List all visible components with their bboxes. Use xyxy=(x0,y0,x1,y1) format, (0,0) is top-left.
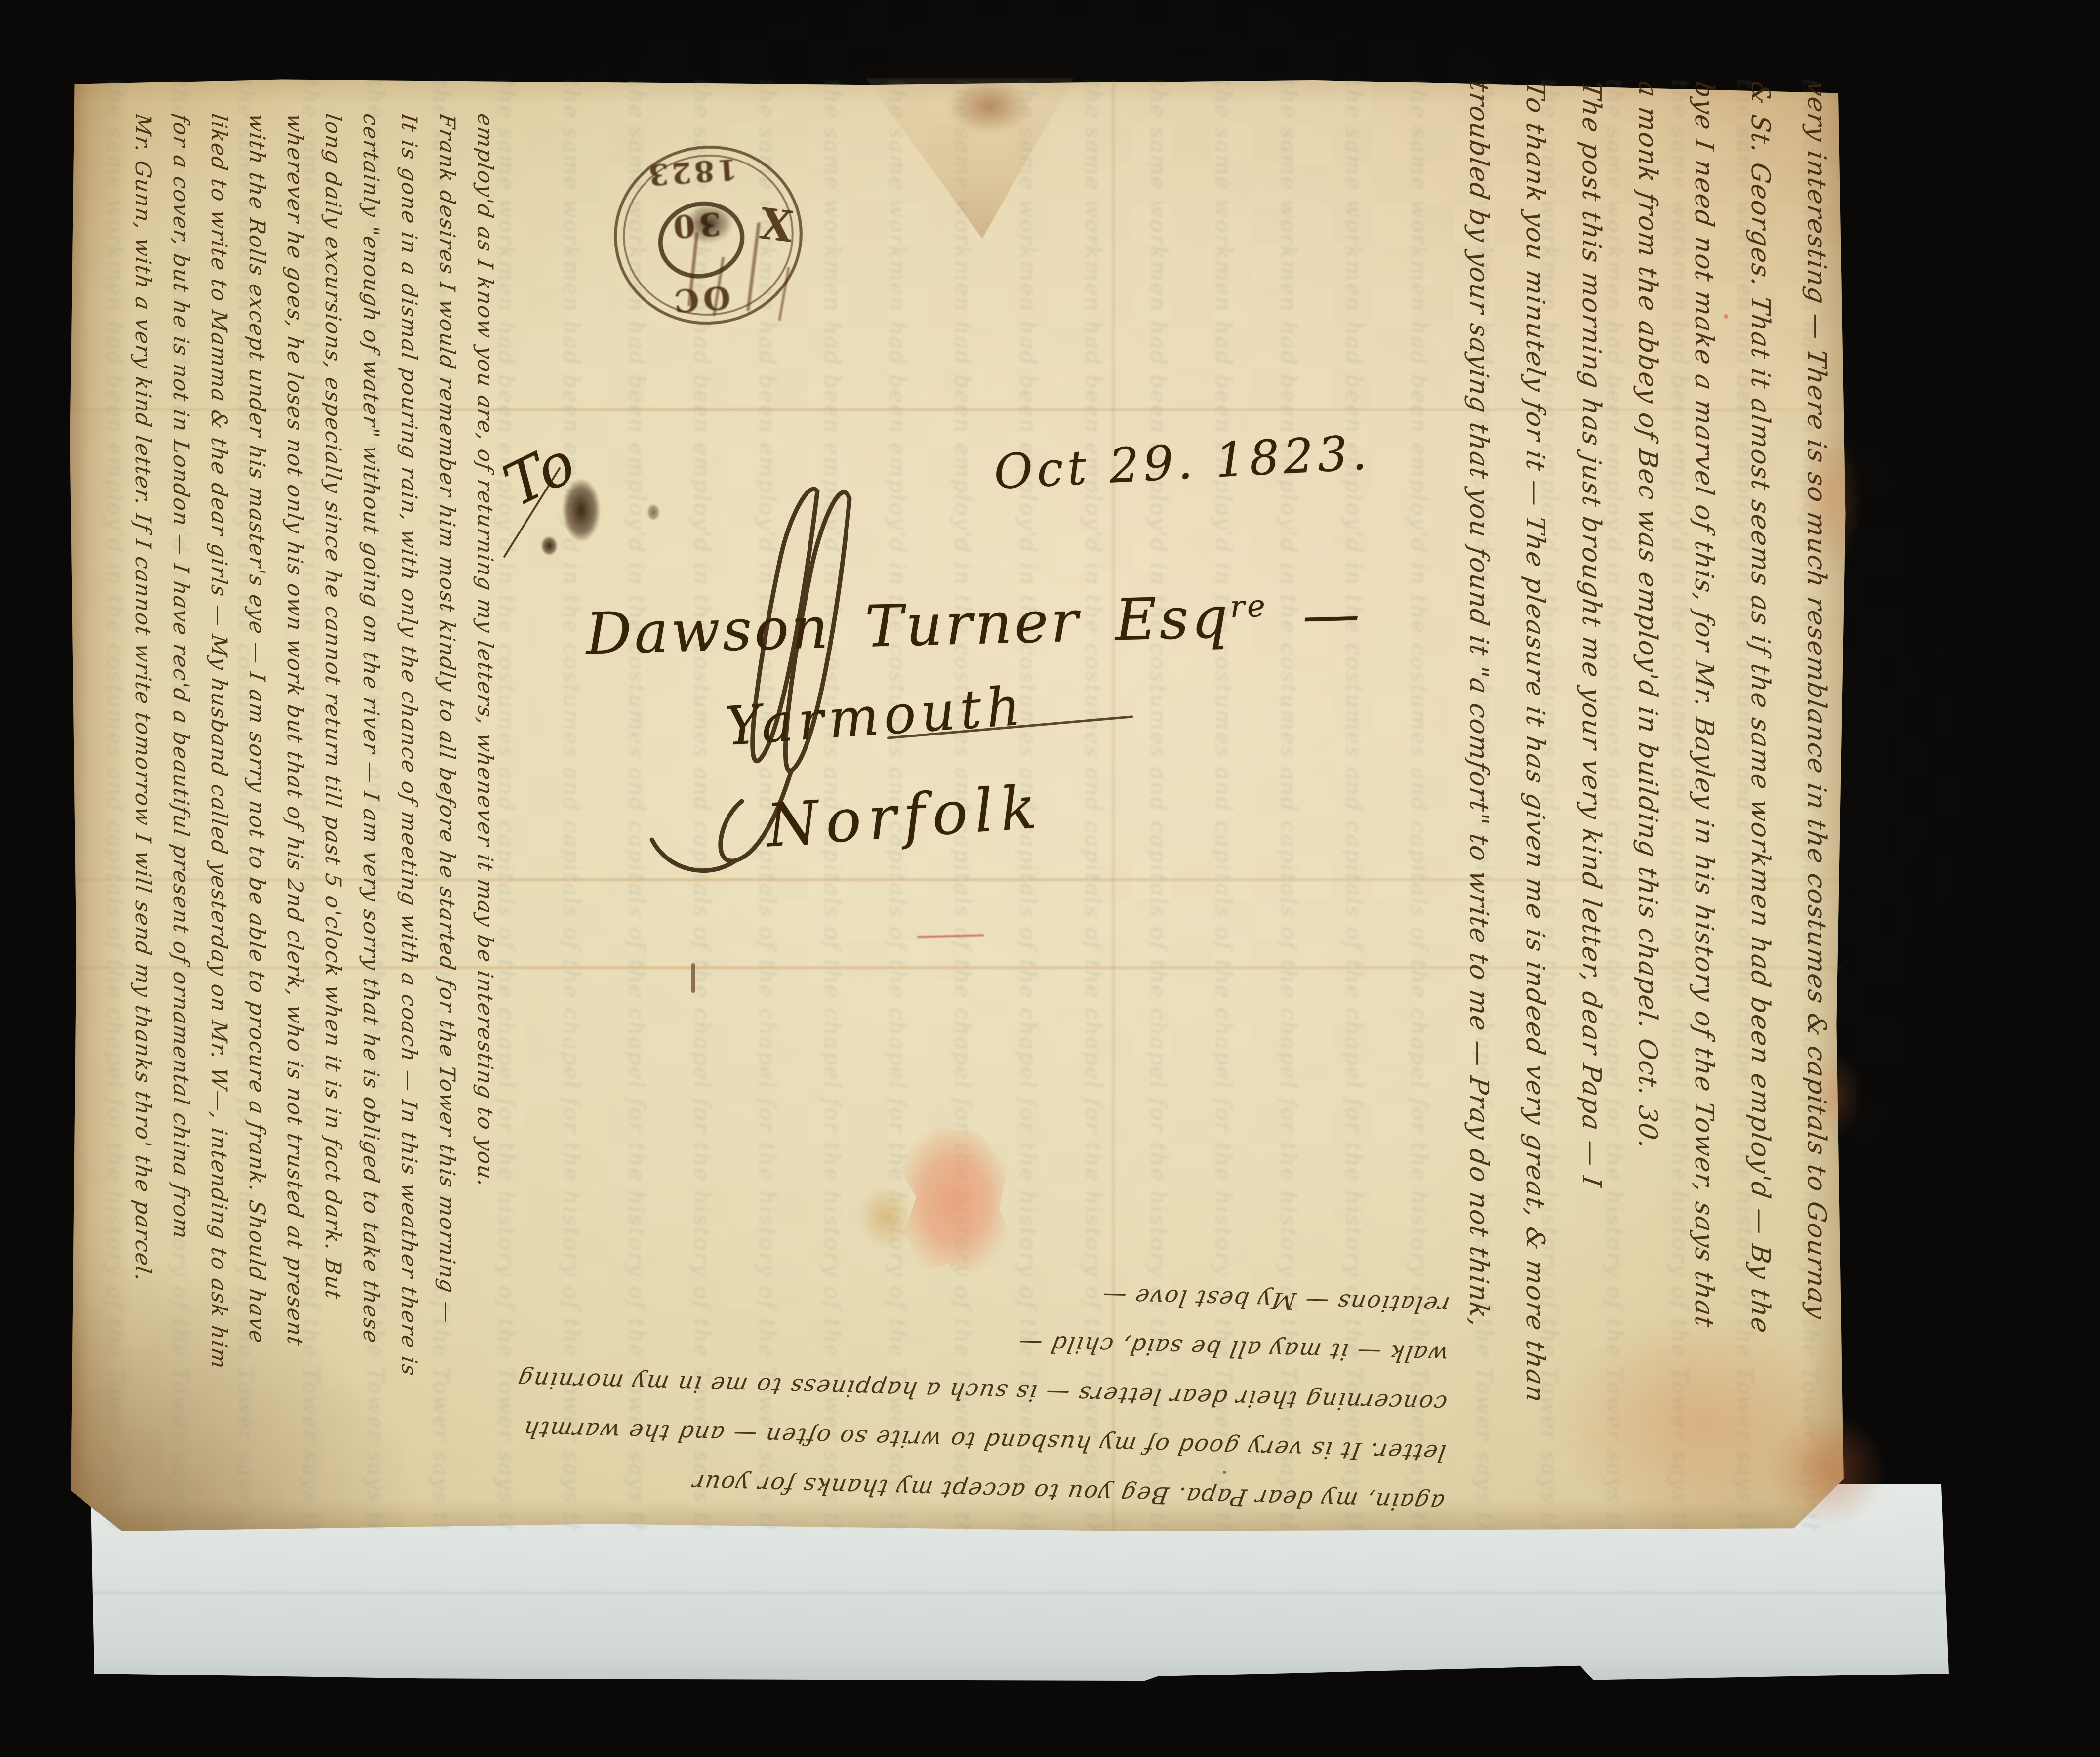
cross-writing-line: & St. Georges. That it almost seems as i… xyxy=(1732,82,1788,1531)
addressee-name-superscript: re xyxy=(1229,588,1268,625)
cross-writing-line: Mr. Gunn, with a very kind letter. If I … xyxy=(123,114,162,1516)
cross-writing-line: very interesting — There is so much rese… xyxy=(1788,82,1845,1531)
cross-writing-line: Frank desires I would remember him most … xyxy=(428,114,466,1516)
postmark-date: OC 30 1823 xyxy=(634,152,760,339)
ink-speck xyxy=(691,963,695,993)
cross-writing-bottom-inverted: again, my dear Papa. Beg you to accept m… xyxy=(461,1252,1451,1527)
cross-writing-line: bye I need not make a marvel of this, fo… xyxy=(1676,82,1732,1531)
cross-writing-line: troubled by your saying that you found i… xyxy=(1451,82,1507,1531)
cross-writing-line: To thank you minutely for it — The pleas… xyxy=(1507,82,1563,1531)
postmark-x-mark: X xyxy=(757,199,796,252)
cross-writing-line: The post this morning has just brought m… xyxy=(1563,82,1619,1531)
cross-writing-right-margin: very interesting — There is so much rese… xyxy=(1450,82,1845,1531)
flap-stain xyxy=(947,79,1031,133)
postmark-year: 1823 xyxy=(634,152,749,192)
cross-writing-line: for a cover, but he is not in London — I… xyxy=(162,114,200,1516)
cross-writing-line: It is gone in a dismal pouring rain, wit… xyxy=(390,114,428,1516)
cross-writing-line: with the Rolls except under his master's… xyxy=(238,114,276,1516)
pen-paraph-flourish xyxy=(593,445,938,914)
cross-writing-line: certainly "enough of water" without goin… xyxy=(352,114,390,1516)
cross-writing-line: wherever he goes, he loses not only his … xyxy=(276,114,314,1516)
addressee-name-dash: — xyxy=(1267,580,1363,650)
cross-writing-line: a monk from the abbey of Bec was employ'… xyxy=(1619,82,1676,1531)
letter-scan-photo: the same workmen had been employ'd in th… xyxy=(0,0,2100,1757)
cross-writing-left-margin: employ'd as I know you are, of returning… xyxy=(123,114,504,1516)
postmark-stamp: OC 30 1823 X xyxy=(604,135,812,335)
cross-writing-line: long daily excursions, especially since … xyxy=(314,114,352,1516)
cross-writing-line: liked to write to Mamma & the dear girls… xyxy=(200,114,238,1516)
